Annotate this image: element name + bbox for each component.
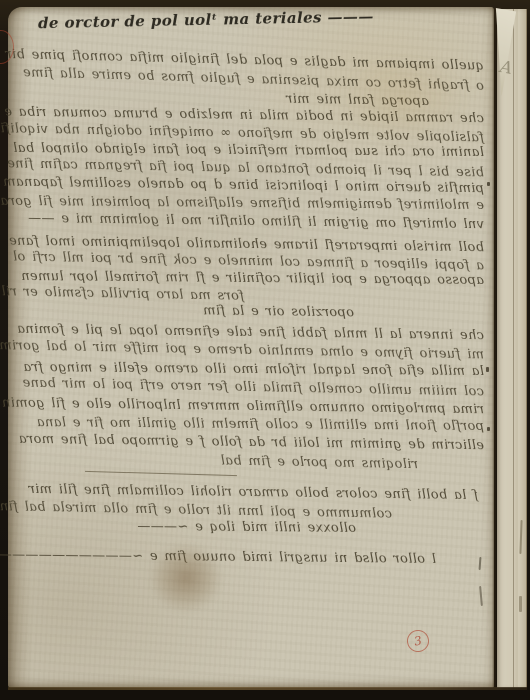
- handwriting-paragraph-5: ſ la bolli fine colors bollo armaro rilo…: [20, 484, 484, 535]
- folio-number-stamp: 3: [405, 628, 430, 653]
- ink-speck: [519, 596, 522, 612]
- ink-speck: [486, 367, 489, 372]
- ink-underline: [85, 471, 237, 476]
- handwriting-paragraph-3: boll mirislo imperarefl lirame eholimani…: [20, 236, 484, 318]
- sheet-edge-line: [513, 9, 514, 688]
- header-annotation: de orctor de pol uolᵗ ma teriales ———: [38, 8, 358, 33]
- handwriting-paragraph-4: che innera la ll mnla fabbi fine tale ef…: [20, 324, 484, 471]
- ink-speck: [487, 182, 490, 186]
- manuscript-page: de orctor de pol uolᵗ ma teriales ——— qu…: [8, 7, 494, 688]
- handwriting-line: l ollor ollsd ni unsgril imid onuuo fim …: [20, 546, 484, 571]
- underlying-page-edge: [497, 9, 527, 688]
- ink-stain: [149, 543, 223, 613]
- page-bottom-edge: [8, 687, 527, 690]
- ink-speck: [487, 427, 490, 431]
- handwriting-line: olloxxe inlli mid iloq e ~———: [20, 519, 484, 537]
- manuscript-scan: de orctor de pol uolᵗ ma teriales ——— qu…: [0, 0, 530, 700]
- parchment-discoloration: [338, 55, 468, 145]
- handwriting-closing-line: l ollor ollsd ni unsgril imid onuuo fim …: [20, 548, 484, 568]
